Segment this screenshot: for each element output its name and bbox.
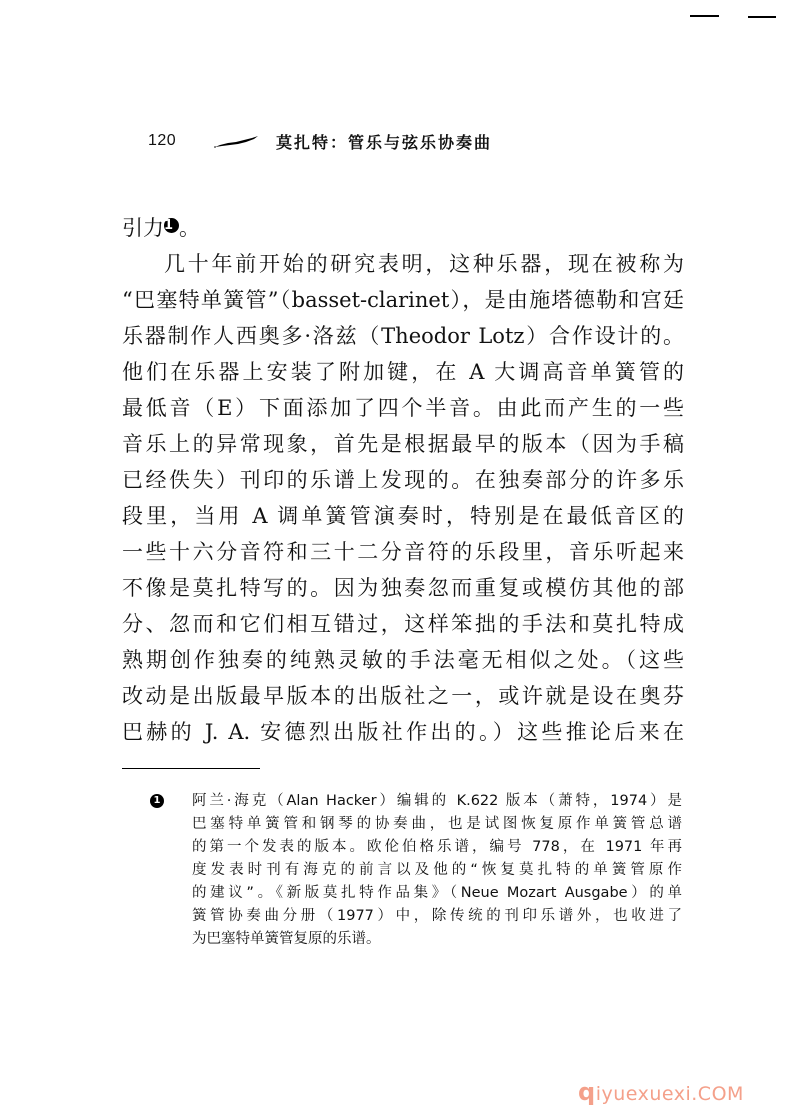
footnote-marker-icon: 1 xyxy=(150,794,164,808)
text-line: 最低音（E）下面添加了四个半音。由此而产生的一些 xyxy=(122,390,684,426)
footnote-line: 阿兰·海克（Alan Hacker）编辑的 K.622 版本（萧特，1974）是 xyxy=(192,790,682,813)
text-line: 一些十六分音符和三十二分音符的乐段里，音乐听起来 xyxy=(122,534,684,570)
text-line: 不像是莫扎特写的。因为独奏忽而重复或模仿其他的部 xyxy=(122,570,684,606)
footnote-text: 阿兰·海克（Alan Hacker）编辑的 K.622 版本（萧特，1974）是… xyxy=(192,790,682,951)
watermark-text: iyuexuexi.COM xyxy=(596,1083,744,1105)
text-line: 已经佚失）刊印的乐谱上发现的。在独奏部分的许多乐 xyxy=(122,462,684,498)
footnote-line: 度发表时刊有海克的前言以及他的“恢复莫扎特的单簧管原作 xyxy=(192,859,682,882)
main-text: 引力1。 几十年前开始的研究表明，这种乐器，现在被称为 “巴塞特单簧管”（bas… xyxy=(122,210,684,750)
running-title: 莫扎特：管乐与弦乐协奏曲 xyxy=(276,130,492,153)
text-line: 音乐上的异常现象，首先是根据最早的版本（因为手稿 xyxy=(122,426,684,462)
text-line: 段里，当用 A 调单簧管演奏时，特别是在最低音区的 xyxy=(122,498,684,534)
watermark-logo-letter: q xyxy=(578,1078,596,1106)
footnote-line: 为巴塞特单簧管复原的乐谱。 xyxy=(192,928,682,951)
footnote-line: 的第一个发表的版本。欧伦伯格乐谱，编号 778，在 1971 年再 xyxy=(192,836,682,859)
text-line: 乐器制作人西奥多·洛兹（Theodor Lotz）合作设计的。 xyxy=(122,318,684,354)
quill-ornament-icon xyxy=(214,136,260,148)
crop-mark-left xyxy=(690,15,719,17)
footnote: 1 阿兰·海克（Alan Hacker）编辑的 K.622 版本（萧特，1974… xyxy=(152,790,682,951)
footnote-line: 的建议”。《新版莫扎特作品集》（Neue Mozart Ausgabe）的单 xyxy=(192,882,682,905)
footnote-reference[interactable]: 1 xyxy=(164,218,179,233)
text-line: 引力1。 xyxy=(122,210,684,246)
text-fragment: 引力 xyxy=(122,216,164,240)
text-line: 分、忽而和它们相互错过，这样笨拙的手法和莫扎特成 xyxy=(122,606,684,642)
footnote-line: 巴塞特单簧管和钢琴的协奏曲，也是试图恢复原作单簧管总谱 xyxy=(192,813,682,836)
page-header: 120 莫扎特：管乐与弦乐协奏曲 xyxy=(148,128,588,156)
text-line: 熟期创作独奏的纯熟灵敏的手法毫无相似之处。（这些 xyxy=(122,642,684,678)
crop-mark-right xyxy=(748,16,776,18)
text-fragment: 。 xyxy=(179,216,200,240)
footnote-divider xyxy=(122,768,260,769)
page-number: 120 xyxy=(148,132,176,150)
text-line: 他们在乐器上安装了附加键，在 A 大调高音单簧管的 xyxy=(122,354,684,390)
text-line: 几十年前开始的研究表明，这种乐器，现在被称为 xyxy=(122,246,684,282)
footnote-line: 簧管协奏曲分册（1977）中，除传统的刊印乐谱外，也收进了 xyxy=(192,905,682,928)
text-line: “巴塞特单簧管”（basset-clarinet），是由施塔德勒和宫廷 xyxy=(122,282,684,318)
text-line: 巴赫的 J. A. 安德烈出版社作出的。）这些推论后来在 xyxy=(122,714,684,750)
site-watermark: qiyuexuexi.COM xyxy=(578,1078,744,1106)
text-line: 改动是出版最早版本的出版社之一，或许就是设在奥芬 xyxy=(122,678,684,714)
